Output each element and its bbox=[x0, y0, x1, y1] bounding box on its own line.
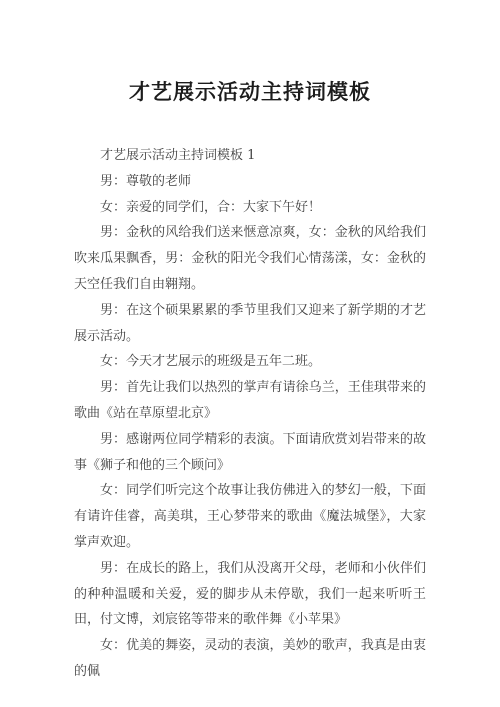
document-title: 才艺展示活动主持词模板 bbox=[0, 0, 500, 106]
paragraph: 男：金秋的风给我们送来惬意凉爽，女：金秋的风给我们吹来瓜果飘香，男：金秋的阳光令… bbox=[74, 220, 426, 297]
document-subtitle: 才艺展示活动主持词模板 1 bbox=[74, 143, 426, 169]
paragraph: 男：尊敬的老师 bbox=[74, 169, 426, 195]
paragraph: 男：首先让我们以热烈的掌声有请徐乌兰，王佳琪带来的歌曲《站在草原望北京》 bbox=[74, 375, 426, 427]
paragraph: 女：今天才艺展示的班级是五年二班。 bbox=[74, 349, 426, 375]
paragraph: 女：同学们听完这个故事让我仿佛进入的梦幻一般，下面有请许佳睿，高美琪，王心梦带来… bbox=[74, 478, 426, 555]
paragraph: 女：优美的舞姿，灵动的表演，美妙的歌声，我真是由衷的佩 bbox=[74, 633, 426, 685]
paragraph: 男：感谢两位同学精彩的表演。下面请欣赏刘岩带来的故事《狮子和他的三个顾问》 bbox=[74, 427, 426, 479]
document-body: 才艺展示活动主持词模板 1 男：尊敬的老师 女：亲爱的同学们，合：大家下午好！ … bbox=[74, 143, 426, 685]
paragraph: 女：亲爱的同学们，合：大家下午好！ bbox=[74, 195, 426, 221]
document-page: 才艺展示活动主持词模板 才艺展示活动主持词模板 1 男：尊敬的老师 女：亲爱的同… bbox=[0, 0, 500, 707]
paragraph: 男：在这个硕果累累的季节里我们又迎来了新学期的才艺展示活动。 bbox=[74, 298, 426, 350]
paragraph: 男：在成长的路上，我们从没离开父母，老师和小伙伴们的种种温暖和关爱，爱的脚步从未… bbox=[74, 556, 426, 633]
